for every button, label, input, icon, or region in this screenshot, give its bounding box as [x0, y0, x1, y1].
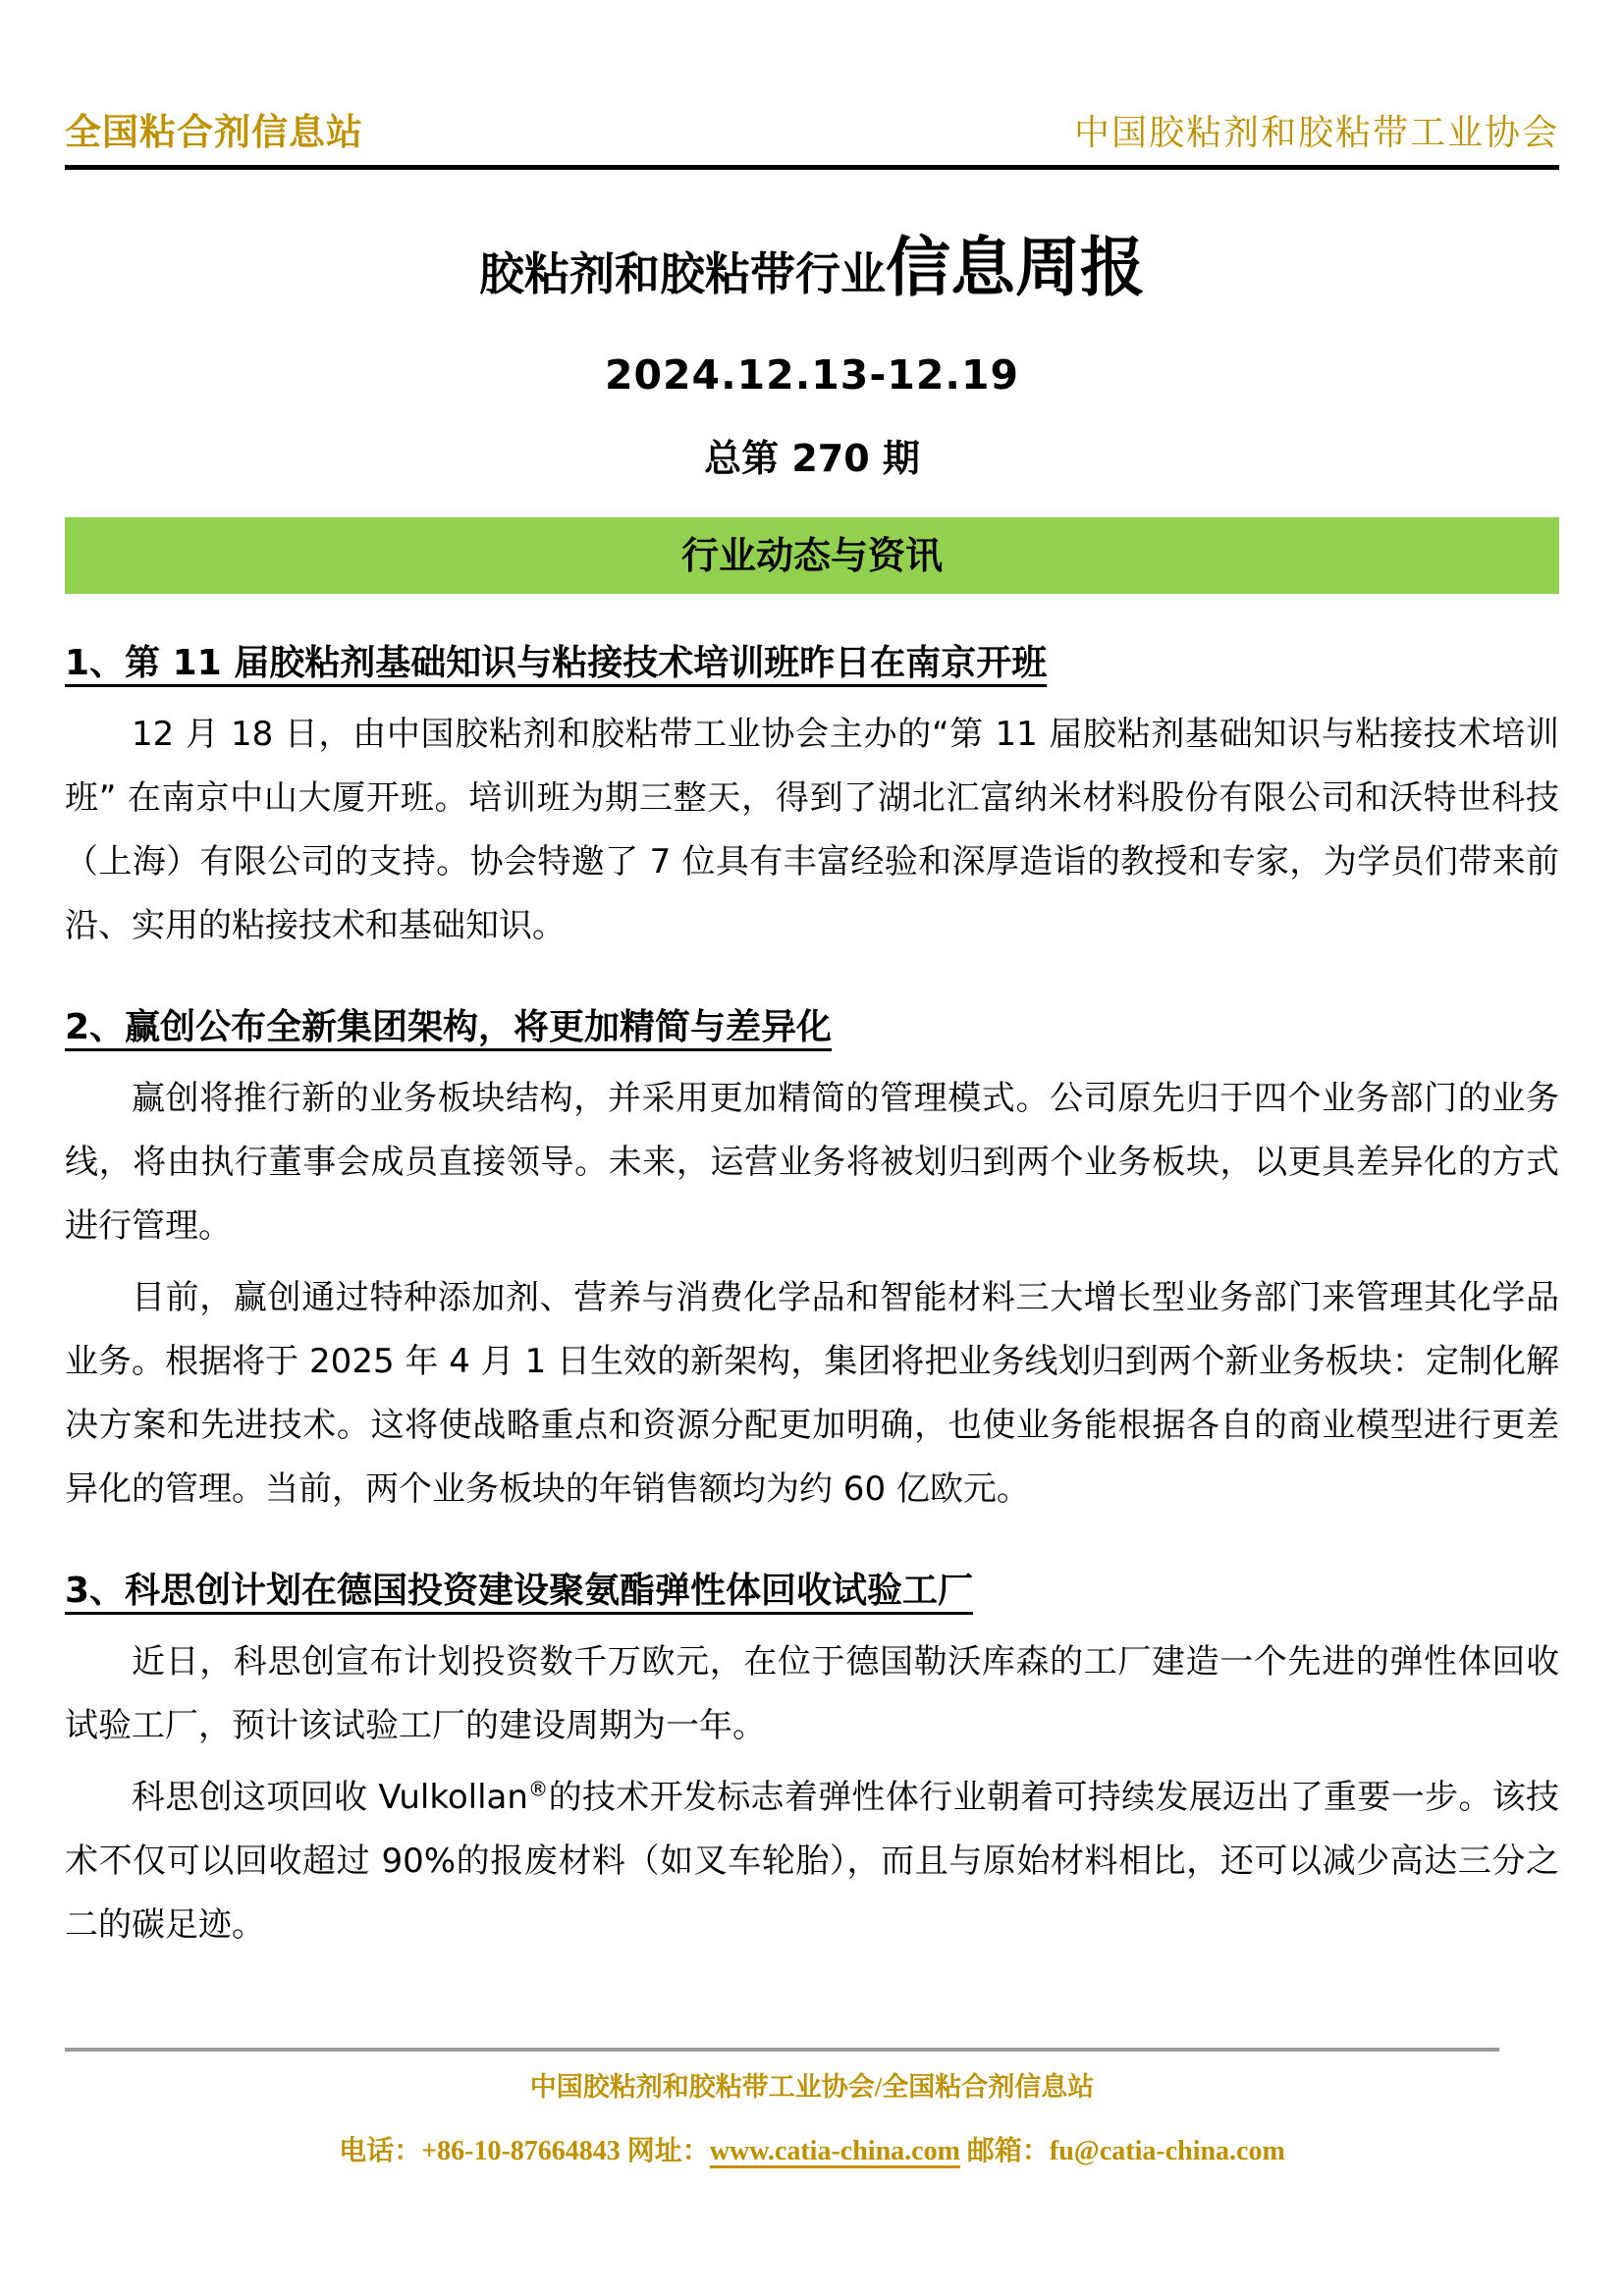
page-footer: 中国胶粘剂和胶粘带工业协会/全国粘合剂信息站 电话：+86-10-8766484…	[65, 2048, 1559, 2168]
footer-email-label: 邮箱：fu@catia-china.com	[960, 2136, 1285, 2166]
footer-divider	[65, 2048, 1499, 2052]
article-1-paragraph: 12 月 18 日，由中国胶粘剂和胶粘带工业协会主办的“第 11 届胶粘剂基础知…	[65, 703, 1559, 958]
header-left-org: 全国粘合剂信息站	[65, 102, 363, 155]
registered-trademark-symbol: ®	[528, 1778, 548, 1801]
article-1-heading: 1、第 11 届胶粘剂基础知识与粘接技术培训班昨日在南京开班	[65, 635, 1559, 685]
footer-contact-line: 电话：+86-10-87664843 网址：www.catia-china.co…	[65, 2129, 1559, 2168]
article-2: 2、赢创公布全新集团架构，将更加精简与差异化 赢创将推行新的业务板块结构，并采用…	[65, 999, 1559, 1522]
section-banner: 行业动态与资讯	[65, 517, 1559, 594]
title-prefix: 胶粘剂和胶粘带行业	[479, 247, 886, 300]
header-right-org: 中国胶粘剂和胶粘带工业协会	[1074, 105, 1559, 155]
masthead-title: 胶粘剂和胶粘带行业信息周报	[65, 215, 1559, 308]
article-2-paragraph-1: 赢创将推行新的业务板块结构，并采用更加精简的管理模式。公司原先归于四个业务部门的…	[65, 1067, 1559, 1258]
article-3-heading: 3、科思创计划在德国投资建设聚氨酯弹性体回收试验工厂	[65, 1563, 1559, 1613]
issue-date-range: 2024.12.13-12.19	[65, 351, 1559, 399]
footer-website-link[interactable]: www.catia-china.com	[710, 2136, 960, 2166]
article-3-paragraph-2-text: 科思创这项回收 Vulkollan	[132, 1778, 528, 1817]
article-3-paragraph-2: 科思创这项回收 Vulkollan®的技术开发标志着弹性体行业朝着可持续发展迈出…	[65, 1766, 1559, 1957]
page-header: 全国粘合剂信息站 中国胶粘剂和胶粘带工业协会	[65, 0, 1559, 170]
article-2-heading: 2、赢创公布全新集团架构，将更加精简与差异化	[65, 999, 1559, 1049]
newsletter-page: 全国粘合剂信息站 中国胶粘剂和胶粘带工业协会 胶粘剂和胶粘带行业信息周报 202…	[0, 0, 1624, 2296]
title-main: 信息周报	[886, 230, 1145, 305]
article-3: 3、科思创计划在德国投资建设聚氨酯弹性体回收试验工厂 近日，科思创宣布计划投资数…	[65, 1563, 1559, 1957]
footer-org-line: 中国胶粘剂和胶粘带工业协会/全国粘合剂信息站	[65, 2065, 1559, 2104]
issue-number: 总第 270 期	[65, 428, 1559, 482]
article-2-paragraph-2: 目前，赢创通过特种添加剂、营养与消费化学品和智能材料三大增长型业务部门来管理其化…	[65, 1266, 1559, 1522]
article-1: 1、第 11 届胶粘剂基础知识与粘接技术培训班昨日在南京开班 12 月 18 日…	[65, 635, 1559, 958]
article-3-paragraph-1: 近日，科思创宣布计划投资数千万欧元，在位于德国勒沃库森的工厂建造一个先进的弹性体…	[65, 1630, 1559, 1758]
footer-phone-and-site-label: 电话：+86-10-87664843 网址：	[339, 2136, 710, 2166]
